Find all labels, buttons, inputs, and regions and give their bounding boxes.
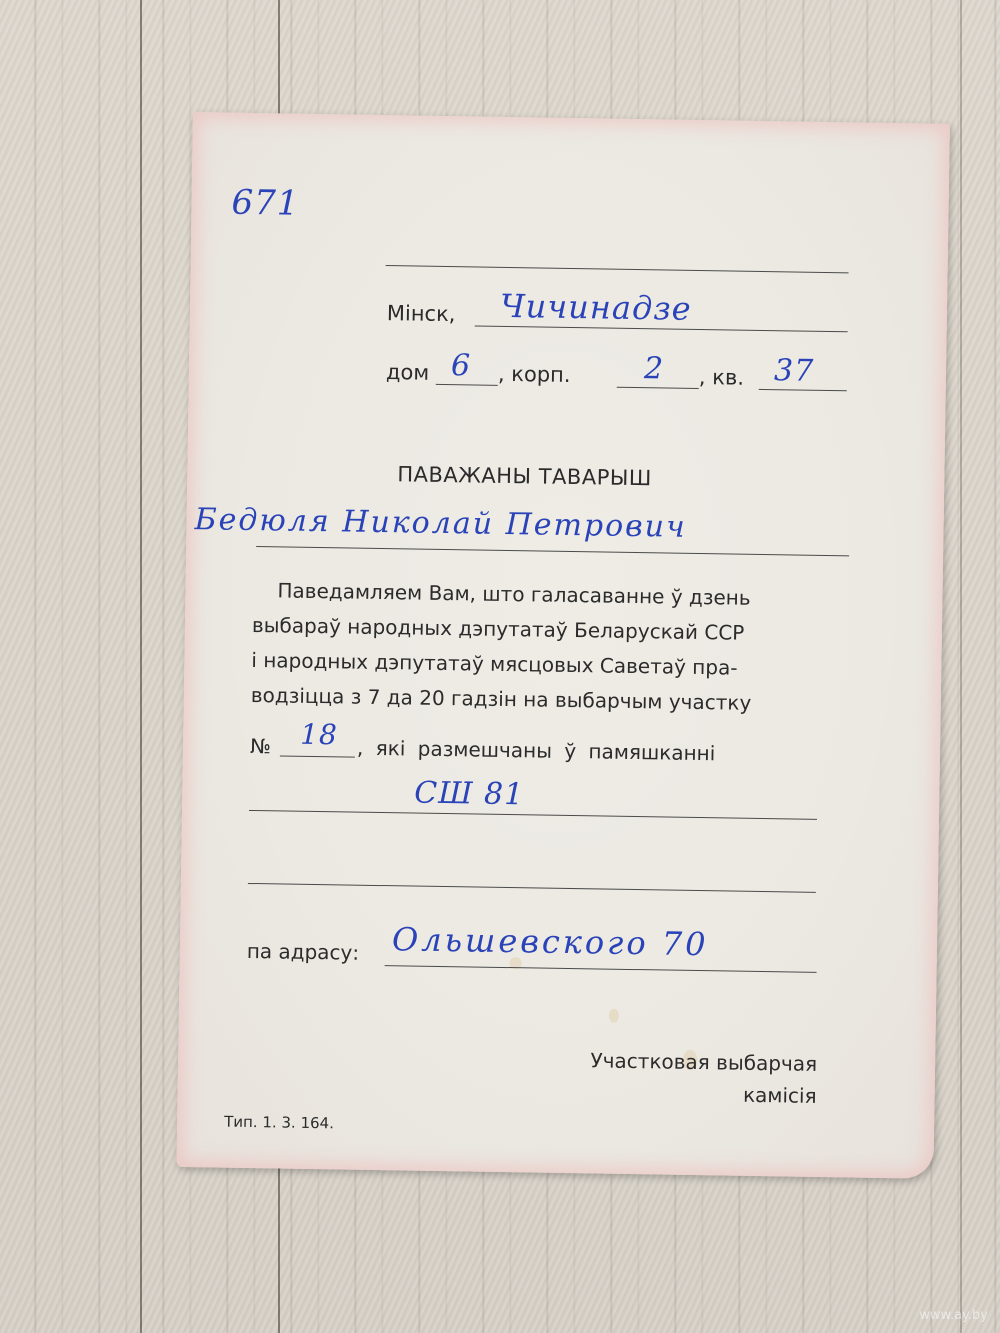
handwritten-precinct-number: 18 <box>300 718 338 752</box>
handwritten-street: Чичинадзе <box>500 287 692 328</box>
city-label: Мінск, <box>387 301 456 326</box>
handwritten-serial-number: 671 <box>231 183 300 224</box>
handwritten-apartment-number: 37 <box>774 353 815 389</box>
commission-signature-line-1: Участковая выбарчая <box>590 1048 817 1076</box>
addressee-line <box>256 546 849 556</box>
handwritten-location: СШ 81 <box>414 776 524 813</box>
body-line-3: і народных дэпутатаў мясцовых Саветаў пр… <box>251 648 738 680</box>
body-line-2: выбараў народных дэпутатаў Беларускай СС… <box>252 613 745 645</box>
body-line-1: Паведамляем Вам, што галасаванне ў дзень <box>277 578 751 609</box>
location-line-2 <box>248 883 816 893</box>
salutation-heading: ПАВАЖАНЫ ТАВАРЫШ <box>397 462 652 490</box>
apartment-label: , кв. <box>699 365 744 390</box>
address-label: па адрасу: <box>247 939 360 965</box>
handwritten-house-number: 6 <box>451 348 472 383</box>
location-line-1 <box>249 810 817 820</box>
handwritten-address: Ольшевского 70 <box>392 920 709 963</box>
wood-plank-gap <box>960 0 962 1333</box>
precinct-number-label: № <box>250 734 271 758</box>
wood-plank-gap <box>140 0 142 1333</box>
print-code: Тип. 1. 3. 164. <box>224 1113 334 1133</box>
handwritten-addressee-name: Бедюля Николай Петрович <box>194 502 687 545</box>
house-line <box>436 384 498 386</box>
paper-stain <box>609 1009 619 1023</box>
apartment-line <box>759 389 847 391</box>
blank-line-top <box>386 265 849 273</box>
handwritten-building-number: 2 <box>644 351 665 386</box>
building-line <box>617 387 699 389</box>
body-line-4: водзіцца з 7 да 20 гадзін на выбарчым уч… <box>251 683 752 715</box>
commission-signature-line-2: камісія <box>743 1083 817 1108</box>
location-text: , які размешчаны ў памяшканні <box>357 736 716 766</box>
precinct-line <box>280 755 355 757</box>
watermark: www.ay.by <box>919 1308 988 1323</box>
election-notice-card: 671 Мінск, Чичинадзе дом 6 , корп. 2 , к… <box>176 112 949 1179</box>
address-line <box>385 965 817 973</box>
building-label: , корп. <box>498 362 571 387</box>
house-label: дом <box>386 360 430 385</box>
